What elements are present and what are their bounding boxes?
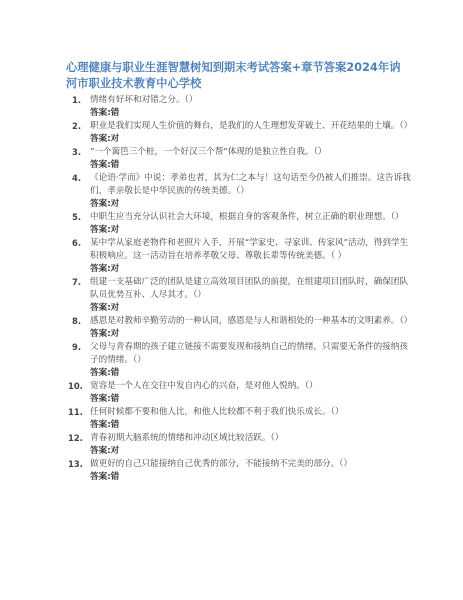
question-number: 9. — [72, 341, 81, 354]
question-number: 13. — [68, 458, 83, 471]
answer-label: 答案:错 — [90, 367, 411, 380]
question-text: 做更好的自己只能接纳自己优秀的部分，不能接纳不完美的部分。（） — [90, 458, 411, 471]
answer-label: 答案:对 — [90, 328, 411, 341]
question-text: 中职生应当充分认识社会大环境，根据自身的客观条件，树立正确的职业理想。（） — [90, 211, 411, 224]
question-item: 2. 职业是我们实现人生价值的舞台，是我们的人生理想发芽破土、开花结果的土壤。（… — [66, 120, 411, 146]
question-number: 3. — [72, 146, 81, 159]
question-number: 5. — [72, 211, 81, 224]
document-title: 心理健康与职业生涯智慧树知到期末考试答案+章节答案2024年讷河市职业技术教育中… — [66, 60, 411, 92]
answer-label: 答案:对 — [90, 302, 411, 315]
answer-label: 答案:对 — [90, 445, 411, 458]
question-text: 职业是我们实现人生价值的舞台，是我们的人生理想发芽破土、开花结果的土壤。（） — [90, 120, 411, 133]
question-text: 宽容是一个人在交往中发自内心的兴奋，是对他人悦纳。（） — [90, 380, 411, 393]
question-number: 8. — [72, 315, 81, 328]
question-number: 11. — [68, 406, 83, 419]
question-item: 1. 情绪有好坏和对错之分。（） 答案:错 — [66, 94, 411, 120]
answer-label: 答案:对 — [90, 133, 411, 146]
question-number: 10. — [68, 380, 83, 393]
answer-label: 答案:错 — [90, 419, 411, 432]
answer-label: 答案:错 — [90, 471, 411, 484]
question-text: 《论语·学而》中说：孝弟也者，其为仁之本与！这句话至今仍被人们推崇。这告诉我们，… — [90, 172, 411, 198]
question-number: 6. — [72, 237, 81, 250]
question-text: 情绪有好坏和对错之分。（） — [90, 94, 411, 107]
answer-label: 答案:对 — [90, 263, 411, 276]
document-page: 心理健康与职业生涯智慧树知到期末考试答案+章节答案2024年讷河市职业技术教育中… — [66, 60, 411, 484]
answer-label: 答案:对 — [90, 224, 411, 237]
answer-label: 答案:对 — [90, 198, 411, 211]
question-text: 青春初期大脑系统的情绪和冲动区域比较活跃。（） — [90, 432, 411, 445]
answer-label: 答案:错 — [90, 159, 411, 172]
question-item: 7. 组建一支基础广泛的团队是建立高效项目团队的前提，在组建项目团队时，确保团队… — [66, 276, 411, 315]
answer-label: 答案:错 — [90, 393, 411, 406]
question-number: 1. — [72, 94, 81, 107]
question-text: 父母与青春期的孩子建立链接不需要发现和接纳自己的情绪，只需要无条件的接纳孩子的情… — [90, 341, 411, 367]
question-item: 8. 感恩是对教师辛勤劳动的一种认同，感恩是与人和谐相处的一种基本的文明素养。（… — [66, 315, 411, 341]
question-text: 任何时候都不要和他人比，和他人比较都不利于我们快乐成长。（） — [90, 406, 411, 419]
question-item: 4. 《论语·学而》中说：孝弟也者，其为仁之本与！这句话至今仍被人们推崇。这告诉… — [66, 172, 411, 211]
question-text: 组建一支基础广泛的团队是建立高效项目团队的前提，在组建项目团队时，确保团队队员优… — [90, 276, 411, 302]
question-item: 3. “一个篱笆三个桩，一个好汉三个帮”体现的是独立性自我。（） 答案:错 — [66, 146, 411, 172]
question-list: 1. 情绪有好坏和对错之分。（） 答案:错 2. 职业是我们实现人生价值的舞台，… — [66, 94, 411, 484]
question-item: 10. 宽容是一个人在交往中发自内心的兴奋，是对他人悦纳。（） 答案:错 — [66, 380, 411, 406]
question-text: 某中学从家庭老物件和老照片入手，开展“学家史、寻家训、传家风”活动，得到学生积极… — [90, 237, 411, 263]
question-number: 4. — [72, 172, 81, 185]
answer-label: 答案:错 — [90, 107, 411, 120]
question-number: 7. — [72, 276, 81, 289]
question-item: 5. 中职生应当充分认识社会大环境，根据自身的客观条件，树立正确的职业理想。（）… — [66, 211, 411, 237]
question-item: 12. 青春初期大脑系统的情绪和冲动区域比较活跃。（） 答案:对 — [66, 432, 411, 458]
question-text: 感恩是对教师辛勤劳动的一种认同，感恩是与人和谐相处的一种基本的文明素养。（） — [90, 315, 411, 328]
question-item: 11. 任何时候都不要和他人比，和他人比较都不利于我们快乐成长。（） 答案:错 — [66, 406, 411, 432]
question-number: 12. — [68, 432, 83, 445]
question-text: “一个篱笆三个桩，一个好汉三个帮”体现的是独立性自我。（） — [90, 146, 411, 159]
question-number: 2. — [72, 120, 81, 133]
question-item: 13. 做更好的自己只能接纳自己优秀的部分，不能接纳不完美的部分。（） 答案:错 — [66, 458, 411, 484]
question-item: 6. 某中学从家庭老物件和老照片入手，开展“学家史、寻家训、传家风”活动，得到学… — [66, 237, 411, 276]
question-item: 9. 父母与青春期的孩子建立链接不需要发现和接纳自己的情绪，只需要无条件的接纳孩… — [66, 341, 411, 380]
